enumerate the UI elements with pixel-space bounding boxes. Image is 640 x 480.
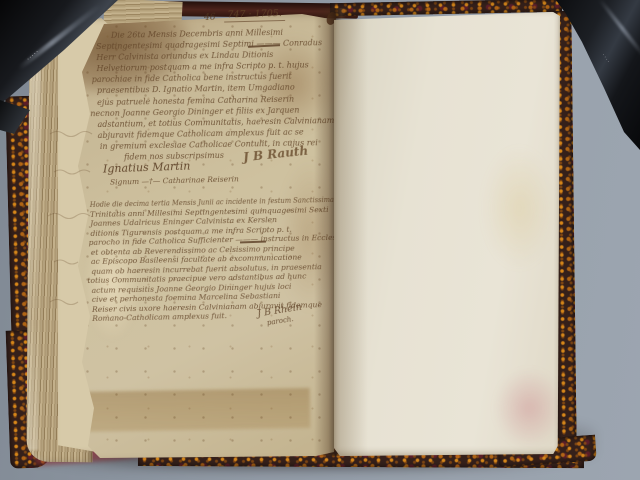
stain (484, 148, 554, 268)
folio-mark: 46 (204, 13, 216, 23)
right-blank-page (334, 8, 560, 456)
photo-of-open-manuscript-book: 46 747 · 1705. Die 26ta Mensis Decembris… (0, 0, 640, 480)
gutter-shading (334, 8, 368, 456)
page-number: 747 · 1705. (224, 8, 285, 23)
stain (494, 368, 564, 448)
folio-header: 46 747 · 1705. (204, 8, 285, 23)
manuscript-entry-1: Die 26ta Mensis Decembris anni Millesimi… (96, 26, 335, 163)
